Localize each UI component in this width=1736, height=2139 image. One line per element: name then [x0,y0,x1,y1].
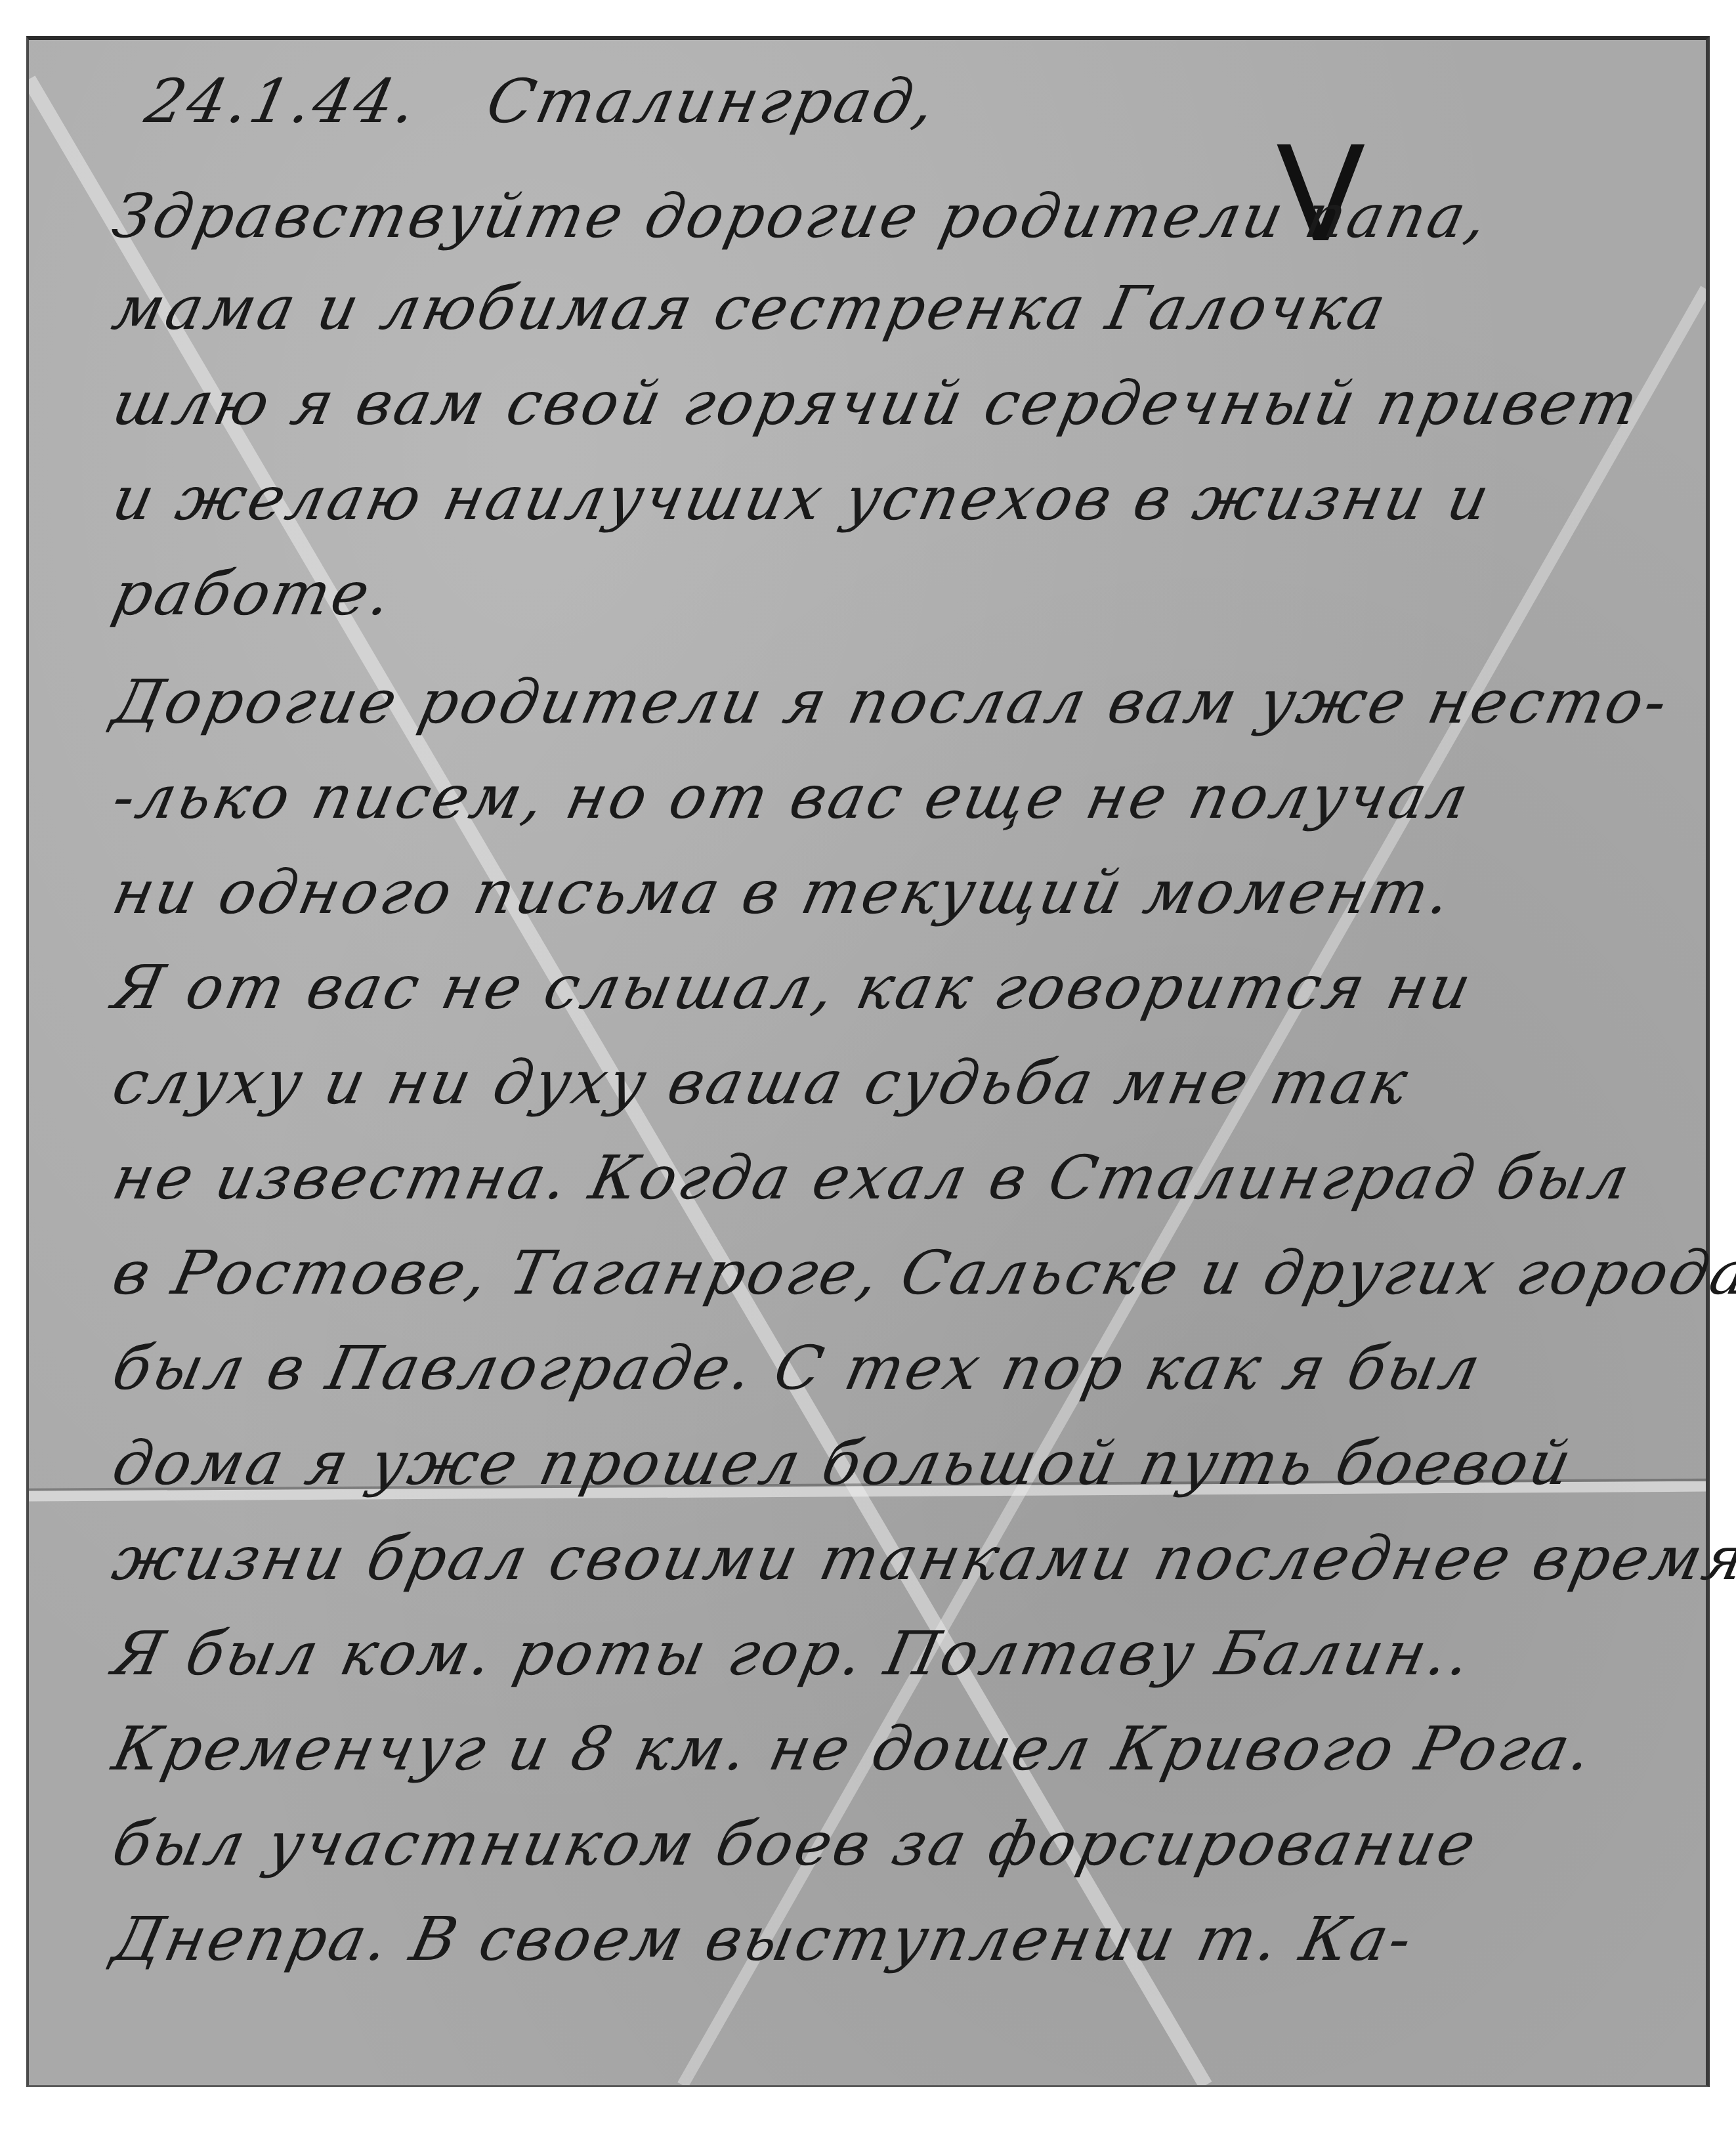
letter-line: Я был ком. роты гор. Полтаву Балин.. [107,1619,1479,1689]
letter-place: Сталинград, [481,66,944,137]
letter-line: -лько писем, но от вас еще не получал [107,762,1477,832]
letter-line: мама и любимая сестренка Галочка [107,273,1394,343]
letter-line: и желаю наилучших успехов в жизни и [107,463,1498,534]
letter-line: Я от вас не слышал, как говорится ни [107,952,1479,1023]
letter-line: был в Павлограде. С тех пор как я был [107,1333,1489,1403]
letter-line: Здравствуйте дорогие родители папа, [107,181,1496,251]
letter-paper: 24.1.44. Сталинград, V Здравствуйте доро… [26,36,1710,2087]
letter-line: жизни брал своими танками последнее врем… [107,1523,1736,1594]
letter-line: не известна. Когда ехал в Сталинград был [107,1143,1638,1213]
letter-line: работе. [107,559,400,629]
letter-line: Днепра. В своем выступлении т. Ка- [107,1904,1420,1974]
letter-line: ни одного письма в текущий момент. [107,857,1460,927]
letter-line: в Ростове, Таганроге, Сальске и других г… [107,1238,1736,1308]
letter-line: Дорогие родители я послал вам уже несто- [107,667,1676,737]
letter-date: 24.1.44. [140,66,425,137]
letter-line: слуху и ни духу ваша судьба мне так [107,1048,1416,1118]
letter-line: Кременчуг и 8 км. не дошел Кривого Рога. [107,1714,1601,1784]
letter-line: дома я уже прошел большой путь боевой [107,1428,1580,1498]
letter-line: был участником боев за форсирование [107,1809,1485,1879]
letter-line: шлю я вам свой горячий сердечный привет [107,368,1647,438]
